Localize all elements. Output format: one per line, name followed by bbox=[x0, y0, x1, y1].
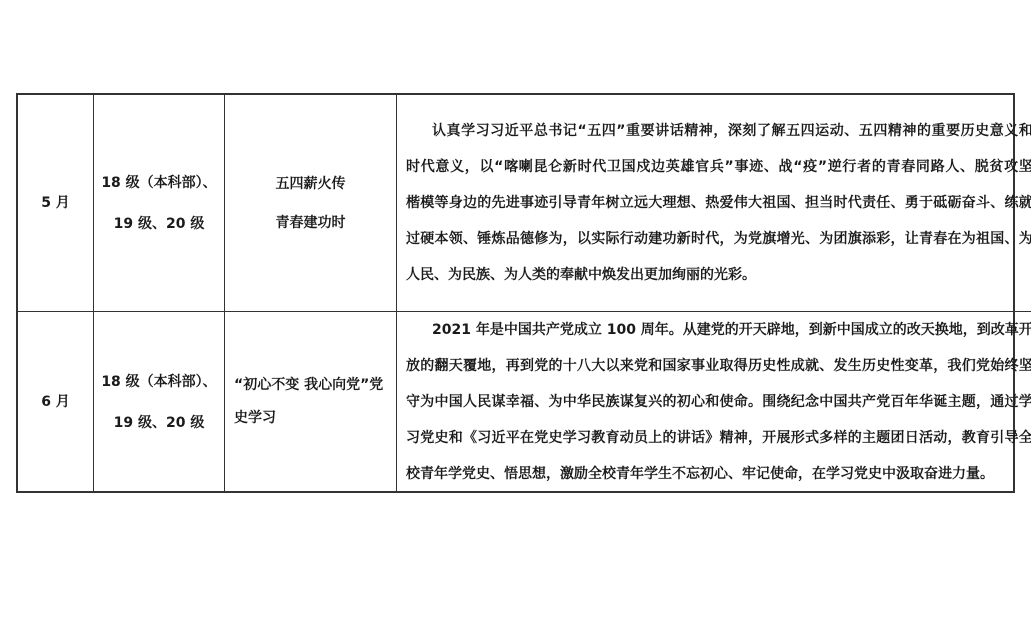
theme-line: 史学习 bbox=[234, 402, 276, 435]
theme-line: “初心不变 我心向党”党 bbox=[234, 369, 383, 402]
theme-cell-may: 五四薪火传 青春建功时 bbox=[225, 95, 397, 312]
description-line: 守为中国人民谋幸福、为中华民族谋复兴的初心和使命。围绕纪念中国共产党百年华诞主题… bbox=[406, 384, 1031, 420]
theme-line: 青春建功时 bbox=[276, 216, 346, 230]
description-line: 放的翻天覆地，再到党的十八大以来党和国家事业取得历史性成就、发生历史性变革，我们… bbox=[406, 348, 1031, 384]
monthly-plan-table: 5 月 18 级（本科部）、 19 级、20 级 五四薪火传 青春建功时 认真学… bbox=[16, 93, 1015, 493]
grades-cell-may: 18 级（本科部）、 19 级、20 级 bbox=[94, 95, 225, 312]
description-line: 过硬本领、锤炼品德修为，以实际行动建功新时代，为党旗增光、为团旗添彩，让青春在为… bbox=[406, 221, 1031, 257]
month-cell-june: 6 月 bbox=[18, 312, 94, 492]
theme-line: 五四薪火传 bbox=[276, 177, 346, 191]
description-line: 楷模等身边的先进事迹引导青年树立远大理想、热爱伟大祖国、担当时代责任、勇于砥砺奋… bbox=[406, 185, 1031, 221]
grade-line: 18 级（本科部）、 bbox=[101, 375, 216, 389]
description-line: 2021 年是中国共产党成立 100 周年。从建党的开天辟地，到新中国成立的改天… bbox=[406, 312, 1031, 348]
description-cell-june: 2021 年是中国共产党成立 100 周年。从建党的开天辟地，到新中国成立的改天… bbox=[397, 312, 1031, 492]
description-line: 校青年学党史、悟思想，激励全校青年学生不忘初心、牢记使命，在学习党史中汲取奋进力… bbox=[406, 456, 1031, 492]
month-label: 5 月 bbox=[41, 196, 70, 210]
month-cell-may: 5 月 bbox=[18, 95, 94, 312]
grade-line: 19 级、20 级 bbox=[114, 416, 205, 430]
theme-cell-june: “初心不变 我心向党”党 史学习 bbox=[225, 312, 397, 492]
description-line: 习党史和《习近平在党史学习教育动员上的讲话》精神，开展形式多样的主题团日活动，教… bbox=[406, 420, 1031, 456]
description-line: 人民、为民族、为人类的奉献中焕发出更加绚丽的光彩。 bbox=[406, 257, 1031, 293]
month-label: 6 月 bbox=[41, 395, 70, 409]
grades-cell-june: 18 级（本科部）、 19 级、20 级 bbox=[94, 312, 225, 492]
grade-line: 19 级、20 级 bbox=[114, 217, 205, 231]
description-line: 时代意义，以“喀喇昆仑新时代卫国戍边英雄官兵”事迹、战“疫”逆行者的青春同路人、… bbox=[406, 149, 1031, 185]
description-line: 认真学习习近平总书记“五四”重要讲话精神，深刻了解五四运动、五四精神的重要历史意… bbox=[406, 113, 1031, 149]
description-cell-may: 认真学习习近平总书记“五四”重要讲话精神，深刻了解五四运动、五四精神的重要历史意… bbox=[397, 95, 1031, 312]
grade-line: 18 级（本科部）、 bbox=[101, 176, 216, 190]
